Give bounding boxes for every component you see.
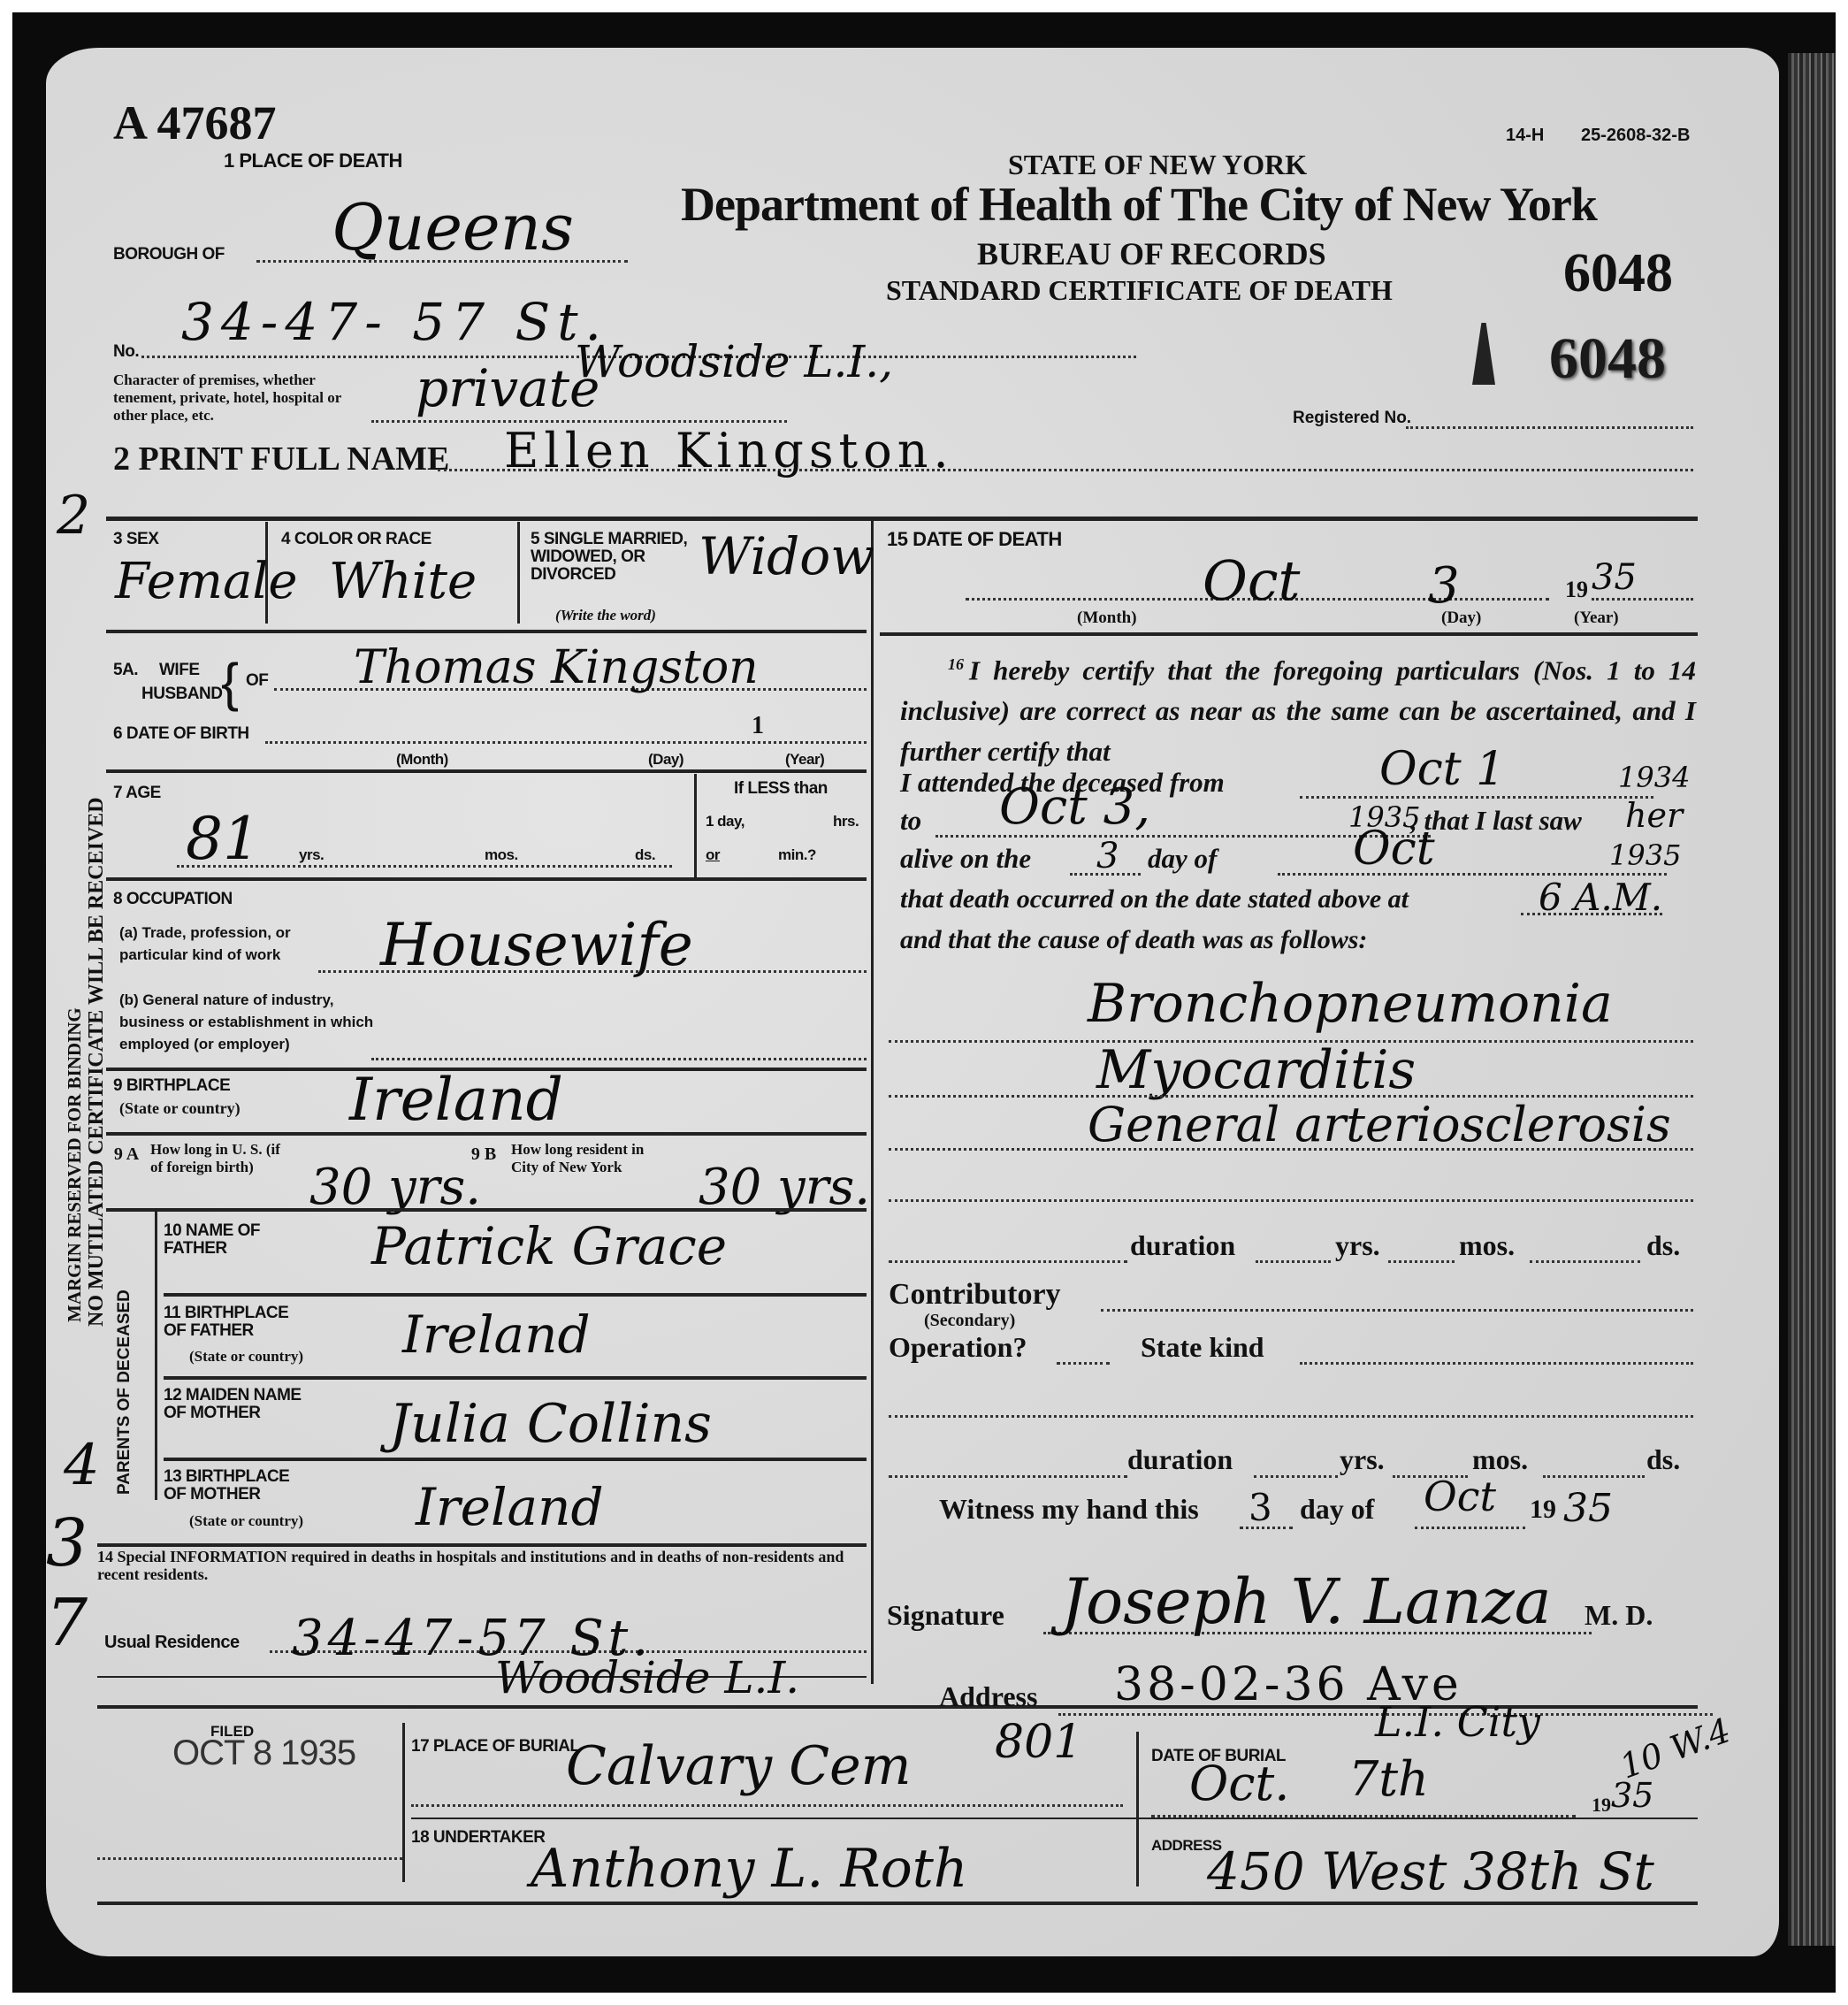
department-title: Department of Health of The City of New …: [681, 177, 1597, 232]
contributory-label: Contributory: [889, 1278, 1061, 1312]
duration-2-yrs-line: [1254, 1475, 1338, 1478]
age-hrs-label: hrs.: [833, 814, 859, 830]
burial-year-prefix: 19: [1592, 1794, 1611, 1817]
duration-2-ds-line: [1543, 1475, 1645, 1478]
alive-month-value[interactable]: Oct: [1353, 823, 1435, 876]
spouse-of-label: OF: [246, 672, 268, 690]
marital-sublabel: (Write the word): [555, 607, 656, 624]
operation-label: Operation?: [889, 1331, 1027, 1364]
nyc-duration-label: How long resident in City of New York: [511, 1141, 661, 1176]
rule-after-age: [106, 877, 867, 881]
duration-1-yrs-line: [1256, 1260, 1331, 1263]
form-code-1: 14-H: [1506, 126, 1544, 146]
undertaker-value[interactable]: Anthony L. Roth: [531, 1838, 968, 1900]
certification-text: 16I hereby certify that the foregoing pa…: [900, 644, 1696, 772]
rule-after-father-birthplace: [164, 1376, 867, 1380]
birth-year-label: (Year): [785, 752, 824, 768]
marital-value[interactable]: Widow: [699, 526, 874, 586]
certificate-number: 6048: [1563, 242, 1673, 305]
death-date-label: 15 DATE OF DEATH: [887, 529, 1062, 549]
operation-field[interactable]: [1057, 1362, 1110, 1365]
mother-birthplace-value[interactable]: Ireland: [416, 1477, 604, 1537]
spouse-5a-label: 5A.: [113, 662, 138, 679]
margin-mark-mid: 4: [64, 1433, 100, 1498]
rule-after-burial: [411, 1818, 1698, 1819]
full-name-value[interactable]: Ellen Kingston.: [504, 423, 954, 478]
rule-after-birthplace: [106, 1132, 867, 1136]
form-code-2: 25-2608-32-B: [1581, 126, 1690, 146]
spouse-value[interactable]: Thomas Kingston: [354, 641, 759, 694]
witness-label: Witness my hand this: [939, 1493, 1199, 1526]
spouse-husband-label: HUSBAND: [141, 685, 223, 703]
death-month-label: (Month): [1077, 608, 1137, 628]
cause-line-3: [889, 1148, 1693, 1151]
age-or-label: or: [706, 847, 720, 863]
rule-after-mother-birthplace: [97, 1543, 867, 1547]
tag-9b: 9 B: [470, 1145, 497, 1163]
attended-to-label: to: [900, 800, 921, 841]
birth-label: 6 DATE OF BIRTH: [113, 725, 249, 743]
undertaker-address-value[interactable]: 450 West 38th St: [1207, 1841, 1654, 1902]
duration-1-ds-line: [1530, 1260, 1640, 1263]
birth-value[interactable]: 1: [752, 712, 764, 740]
full-name-label: 2 PRINT FULL NAME: [113, 440, 449, 478]
age-line: [177, 865, 672, 868]
cause-3[interactable]: General arteriosclerosis: [1088, 1097, 1671, 1152]
age-mos-label: mos.: [485, 847, 518, 863]
margin-mark-bottom: 37: [46, 1504, 81, 1663]
witness-month-line: [1415, 1527, 1525, 1529]
death-year-prefix: 19: [1565, 577, 1588, 603]
premises-label: Character of premises, whether tenement,…: [113, 371, 370, 425]
filed-stamp: OCT 8 1935: [172, 1733, 355, 1773]
stamped-number: 6048: [1549, 325, 1666, 393]
parents-section-label: PARENTS OF DECEASED: [115, 1289, 134, 1495]
usual-residence-label: Usual Residence: [104, 1633, 240, 1653]
death-day-label: (Day): [1441, 608, 1481, 628]
duration-1-yrs: yrs.: [1335, 1229, 1380, 1262]
duration-1-mos: mos.: [1459, 1229, 1515, 1262]
birthplace-label: 9 BIRTHPLACE: [113, 1077, 230, 1095]
spouse-wife-label: WIFE: [159, 662, 200, 679]
duration-2-ds: ds.: [1646, 1443, 1680, 1476]
race-value[interactable]: White: [329, 553, 477, 610]
margin-mark-top: 2: [57, 485, 90, 547]
rule-bottom: [97, 1902, 1698, 1905]
physician-address-label: Address: [939, 1680, 1037, 1713]
alive-day-value[interactable]: 3: [1096, 836, 1119, 876]
form-title: STANDARD CERTIFICATE OF DEATH: [886, 274, 1393, 307]
usual-residence-line2[interactable]: Woodside L.I.: [495, 1652, 799, 1703]
father-birthplace-value[interactable]: Ireland: [402, 1305, 591, 1365]
parents-divider: [155, 1208, 157, 1500]
death-date-month[interactable]: Oct: [1203, 548, 1300, 613]
occupation-label: 8 OCCUPATION: [113, 891, 233, 908]
operation-line-2: [889, 1415, 1693, 1418]
contributory-field[interactable]: [1101, 1309, 1693, 1312]
father-birthplace-label: 11 BIRTHPLACE OF FATHER: [164, 1305, 296, 1340]
age-value[interactable]: 81: [186, 805, 260, 873]
secondary-label: (Secondary): [924, 1311, 1015, 1331]
time-label: that death occurred on the date stated a…: [900, 879, 1409, 920]
state-kind-label: State kind: [1141, 1331, 1264, 1364]
age-less-label: If LESS than: [734, 780, 828, 798]
attended-from-line: [1300, 796, 1653, 799]
column-divider: [871, 517, 874, 1684]
birthplace-sublabel: (State or country): [119, 1099, 241, 1118]
physician-address-line2[interactable]: L.I. City: [1375, 1698, 1540, 1746]
signature-value[interactable]: Joseph V. Lanza: [1061, 1565, 1551, 1638]
us-duration-label: How long in U. S. (if of foreign birth): [150, 1141, 283, 1176]
attended-from-value[interactable]: Oct 1: [1379, 743, 1505, 796]
race-label: 4 COLOR OR RACE: [281, 531, 431, 548]
sex-value[interactable]: Female: [115, 553, 297, 610]
burial-date-line: [1151, 1815, 1576, 1818]
mother-label: 12 MAIDEN NAME OF MOTHER: [164, 1387, 323, 1422]
cause-2[interactable]: Myocarditis: [1096, 1039, 1416, 1101]
margin-mutilated-text: NO MUTILATED CERTIFICATE WILL BE RECEIVE…: [85, 797, 109, 1327]
registered-no-label: Registered No.: [1293, 409, 1411, 428]
occupation-b-label: (b) General nature of industry, business…: [119, 989, 385, 1055]
marital-label: 5 SINGLE MARRIED, WIDOWED, OR DIVORCED: [531, 531, 716, 584]
burial-place-value[interactable]: Calvary Cem: [566, 1735, 912, 1797]
registered-no-field[interactable]: [1406, 426, 1693, 429]
tag-9a: 9 A: [113, 1145, 140, 1163]
place-of-death-label: 1 PLACE OF DEATH: [224, 150, 402, 171]
attended-to-value[interactable]: Oct 3,: [999, 778, 1150, 836]
divider-burial-date: [1136, 1732, 1139, 1886]
burial-date-month[interactable]: Oct.: [1189, 1756, 1289, 1811]
age-label: 7 AGE: [113, 784, 161, 802]
margin-binding-text: MARGIN RESERVED FOR BINDING: [64, 1007, 86, 1322]
burial-place-label: 17 PLACE OF BURIAL: [411, 1738, 580, 1756]
locality-value[interactable]: Woodside L.I.,: [575, 336, 893, 387]
duration-2-yrs: yrs.: [1340, 1443, 1385, 1476]
father-value[interactable]: Patrick Grace: [371, 1216, 727, 1276]
occupation-a-value[interactable]: Housewife: [380, 911, 693, 979]
state-kind-field[interactable]: [1300, 1362, 1693, 1365]
borough-label: BOROUGH OF: [113, 246, 225, 264]
undertaker-label: 18 UNDERTAKER: [411, 1829, 546, 1847]
death-date-day[interactable]: 3: [1428, 557, 1460, 615]
rule-after-residence: [106, 1208, 867, 1212]
burial-place-note: 801: [995, 1716, 1082, 1769]
street-no-value[interactable]: 34-47- 57 St.: [181, 292, 608, 352]
cause-label: and that the cause of death was as follo…: [900, 920, 1367, 960]
father-label: 10 NAME OF FATHER: [164, 1222, 305, 1258]
sex-label: 3 SEX: [113, 531, 158, 548]
duration-1-label: duration: [1130, 1229, 1235, 1262]
borough-value[interactable]: Queens: [332, 190, 574, 264]
rule-after-death-date: [880, 632, 1698, 636]
birth-line: [265, 741, 867, 744]
duration-2-mos: mos.: [1472, 1443, 1528, 1476]
witness-year-prefix: 19: [1530, 1495, 1556, 1525]
death-year-value[interactable]: 35: [1592, 557, 1637, 598]
rule-after-birth: [106, 769, 867, 773]
duration-1-mos-line: [1388, 1260, 1455, 1263]
last-saw-value[interactable]: her: [1625, 796, 1683, 835]
burial-date-day[interactable]: 7th: [1348, 1751, 1429, 1807]
occupation-a-label: (a) Trade, profession, or particular kin…: [119, 922, 340, 966]
rule-after-sex: [106, 630, 867, 633]
cause-1[interactable]: Bronchopneumonia: [1088, 973, 1613, 1035]
ledger-page-edges: [1788, 53, 1836, 1946]
burial-place-line: [411, 1804, 1123, 1807]
witness-day-value[interactable]: 3: [1249, 1486, 1272, 1529]
divider-age-less: [694, 774, 697, 880]
birthplace-value[interactable]: Ireland: [349, 1066, 563, 1134]
special-info-label: 14 Special INFORMATION required in death…: [97, 1548, 858, 1583]
divider-race-marital: [517, 522, 520, 624]
birth-day-label: (Day): [648, 752, 683, 768]
mother-birthplace-label: 13 BIRTHPLACE OF MOTHER: [164, 1468, 296, 1504]
age-yrs-label: yrs.: [299, 847, 324, 863]
witness-month-value[interactable]: Oct: [1424, 1473, 1496, 1520]
divider-filed: [402, 1723, 405, 1882]
witness-year-value[interactable]: 35: [1563, 1486, 1613, 1531]
street-no-label: No.: [113, 343, 139, 361]
father-birthplace-sublabel: (State or country): [189, 1348, 303, 1366]
md-label: M. D.: [1585, 1599, 1653, 1632]
death-year-line: [1592, 598, 1693, 601]
occupation-b-line: [371, 1058, 867, 1060]
duration-2-line: [889, 1475, 1127, 1478]
cause-line-4: [889, 1199, 1693, 1202]
alive-dayof-label: day of: [1148, 838, 1217, 879]
rule-top: [106, 517, 1698, 521]
premises-value[interactable]: private: [416, 358, 599, 418]
alive-label: alive on the: [900, 838, 1031, 879]
attended-from-year[interactable]: 1934: [1618, 761, 1690, 794]
rule-after-mother: [164, 1458, 867, 1461]
certification-number: 16: [948, 655, 964, 673]
last-saw-label: , that I last saw: [1410, 800, 1582, 841]
filed-line: [97, 1857, 402, 1860]
certificate-serial: A 47687: [113, 96, 277, 150]
duration-1-line: [889, 1260, 1127, 1263]
age-min-label: min.?: [778, 847, 816, 863]
rule-after-father: [164, 1293, 867, 1297]
signature-label: Signature: [887, 1599, 1004, 1632]
bureau-title: BUREAU OF RECORDS: [977, 235, 1326, 272]
death-year-label: (Year): [1574, 608, 1619, 628]
time-value[interactable]: 6 A.M.: [1539, 876, 1662, 919]
brace-icon: {: [221, 656, 239, 709]
duration-1-ds: ds.: [1646, 1229, 1680, 1262]
alive-year-value[interactable]: 1935: [1609, 838, 1681, 872]
certification-paragraph: I hereby certify that the foregoing part…: [900, 654, 1696, 767]
age-day-label: 1 day,: [706, 814, 745, 830]
age-ds-label: ds.: [635, 847, 655, 863]
mother-value[interactable]: Julia Collins: [389, 1393, 712, 1455]
birth-month-label: (Month): [396, 752, 448, 768]
mother-birthplace-sublabel: (State or country): [189, 1512, 303, 1530]
duration-2-label: duration: [1127, 1443, 1233, 1476]
witness-dayof-label: day of: [1300, 1493, 1374, 1526]
